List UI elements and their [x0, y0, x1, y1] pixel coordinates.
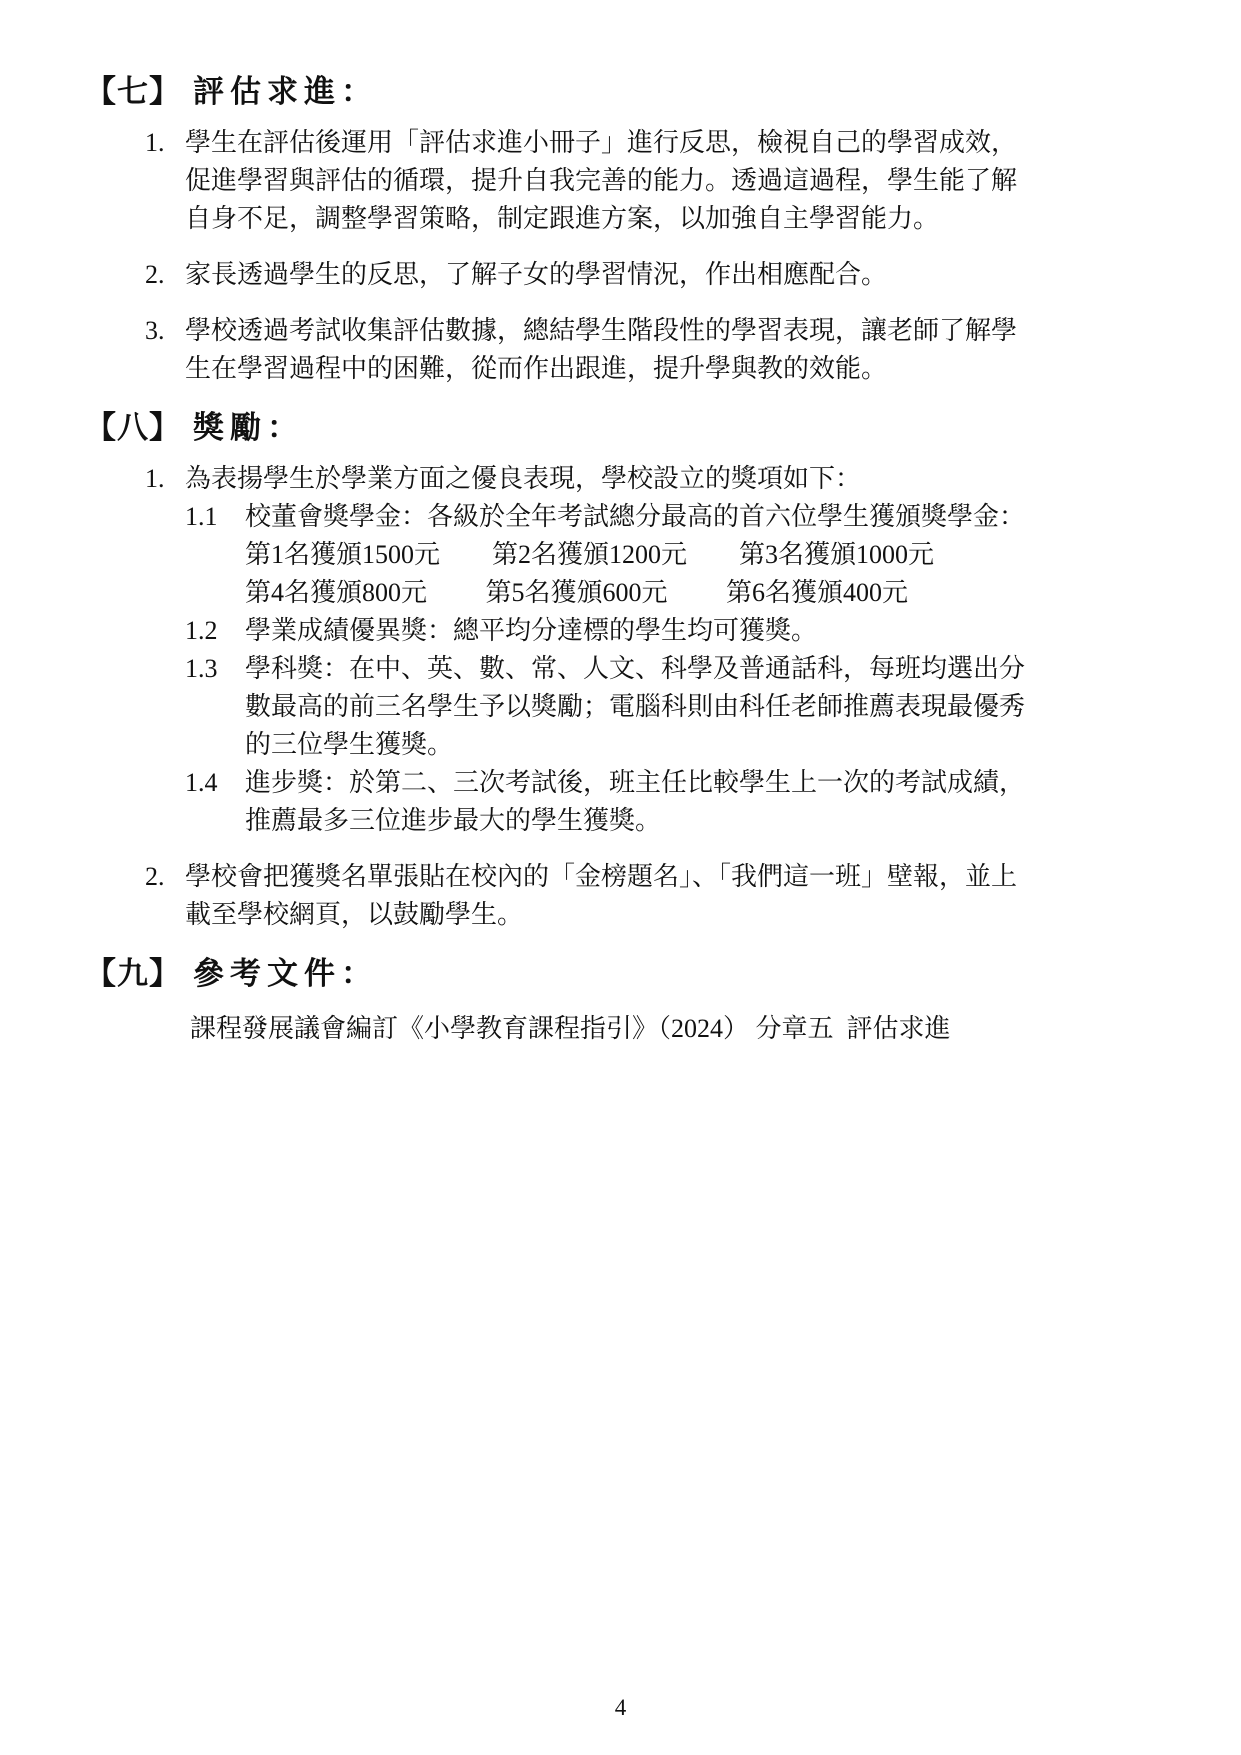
sublist: 1.1 校董會獎學金：各級於全年考試總分最高的首六位學生獲頒獎學金： 第1名獲頒…	[185, 498, 1025, 840]
item-line: 載至學校網頁，以鼓勵學生。	[185, 896, 1017, 934]
item-body: 學校會把獲獎名單張貼在校內的「金榜題名」、「我們這一班」壁報，並上 載至學校網頁…	[185, 858, 1017, 934]
item-number: 1.	[145, 124, 185, 238]
list-item: 3. 學校透過考試收集評估數據，總結學生階段性的學習表現，讓老師了解學 生在學習…	[145, 312, 1201, 388]
item-line: 為表揚學生於學業方面之優良表現，學校設立的獎項如下：	[185, 460, 1025, 498]
subitem-line: 的三位學生獲獎。	[245, 726, 1025, 764]
section-heading: 【八】 獎勵：	[85, 406, 1201, 450]
subitem-number: 1.4	[185, 764, 245, 840]
sublist-item: 1.3 學科獎：在中、英、數、常、人文、科學及普通話科，每班均選出分 數最高的前…	[185, 650, 1025, 764]
document-content: 【七】 評估求進： 1. 學生在評估後運用「評估求進小冊子」進行反思，檢視自己的…	[0, 0, 1241, 1048]
subitem-number: 1.3	[185, 650, 245, 764]
subitem-line: 第4名獲頒800元 第5名獲頒600元 第6名獲頒400元	[245, 574, 1025, 612]
subitem-line: 進步獎：於第二、三次考試後，班主任比較學生上一次的考試成績，	[245, 764, 1025, 802]
section-title: 評估求進：	[193, 70, 378, 114]
sublist-item: 1.2 學業成績優異獎：總平均分達標的學生均可獲獎。	[185, 612, 1025, 650]
ordered-list: 1. 學生在評估後運用「評估求進小冊子」進行反思，檢視自己的學習成效， 促進學習…	[145, 124, 1201, 388]
document-page: 【七】 評估求進： 1. 學生在評估後運用「評估求進小冊子」進行反思，檢視自己的…	[0, 0, 1241, 1755]
subitem-number: 1.1	[185, 498, 245, 612]
section-references: 【九】 參考文件： 課程發展議會編訂《小學教育課程指引》（2024） 分章五 評…	[85, 952, 1201, 1048]
section-heading: 【七】 評估求進：	[85, 70, 1201, 114]
item-body: 學校透過考試收集評估數據，總結學生階段性的學習表現，讓老師了解學 生在學習過程中…	[185, 312, 1017, 388]
section-title: 獎勵：	[193, 406, 304, 450]
item-line: 學生在評估後運用「評估求進小冊子」進行反思，檢視自己的學習成效，	[185, 124, 1017, 162]
subitem-body: 進步獎：於第二、三次考試後，班主任比較學生上一次的考試成績， 推薦最多三位進步最…	[245, 764, 1025, 840]
section-awards: 【八】 獎勵： 1. 為表揚學生於學業方面之優良表現，學校設立的獎項如下： 1.…	[85, 406, 1201, 934]
list-item: 1. 為表揚學生於學業方面之優良表現，學校設立的獎項如下： 1.1 校董會獎學金…	[145, 460, 1201, 840]
item-number: 2.	[145, 256, 185, 294]
item-line: 生在學習過程中的困難，從而作出跟進，提升學與教的效能。	[185, 350, 1017, 388]
section-marker: 【九】	[85, 952, 181, 996]
item-body: 家長透過學生的反思，了解子女的學習情況，作出相應配合。	[185, 256, 887, 294]
section-marker: 【八】	[85, 406, 181, 450]
subitem-line: 數最高的前三名學生予以獎勵；電腦科則由科任老師推薦表現最優秀	[245, 688, 1025, 726]
section-heading: 【九】 參考文件：	[85, 952, 1201, 996]
item-number: 1.	[145, 460, 185, 840]
ordered-list: 1. 為表揚學生於學業方面之優良表現，學校設立的獎項如下： 1.1 校董會獎學金…	[145, 460, 1201, 934]
section-assessment: 【七】 評估求進： 1. 學生在評估後運用「評估求進小冊子」進行反思，檢視自己的…	[85, 70, 1201, 388]
item-number: 2.	[145, 858, 185, 934]
subitem-line: 學科獎：在中、英、數、常、人文、科學及普通話科，每班均選出分	[245, 650, 1025, 688]
page-number: 4	[0, 1695, 1241, 1721]
section-title: 參考文件：	[193, 952, 378, 996]
item-line: 家長透過學生的反思，了解子女的學習情況，作出相應配合。	[185, 256, 887, 294]
item-number: 3.	[145, 312, 185, 388]
subitem-line: 第1名獲頒1500元 第2名獲頒1200元 第3名獲頒1000元	[245, 536, 1025, 574]
subitem-line: 推薦最多三位進步最大的學生獲獎。	[245, 802, 1025, 840]
item-line: 自身不足，調整學習策略，制定跟進方案，以加強自主學習能力。	[185, 200, 1017, 238]
subitem-line: 學業成績優異獎：總平均分達標的學生均可獲獎。	[245, 612, 817, 650]
subitem-body: 學業成績優異獎：總平均分達標的學生均可獲獎。	[245, 612, 817, 650]
subitem-body: 校董會獎學金：各級於全年考試總分最高的首六位學生獲頒獎學金： 第1名獲頒1500…	[245, 498, 1025, 612]
item-line: 促進學習與評估的循環，提升自我完善的能力。透過這過程，學生能了解	[185, 162, 1017, 200]
subitem-line: 校董會獎學金：各級於全年考試總分最高的首六位學生獲頒獎學金：	[245, 498, 1025, 536]
sublist-item: 1.1 校董會獎學金：各級於全年考試總分最高的首六位學生獲頒獎學金： 第1名獲頒…	[185, 498, 1025, 612]
section-marker: 【七】	[85, 70, 181, 114]
sublist-item: 1.4 進步獎：於第二、三次考試後，班主任比較學生上一次的考試成績， 推薦最多三…	[185, 764, 1025, 840]
item-body: 為表揚學生於學業方面之優良表現，學校設立的獎項如下： 1.1 校董會獎學金：各級…	[185, 460, 1025, 840]
item-line: 學校透過考試收集評估數據，總結學生階段性的學習表現，讓老師了解學	[185, 312, 1017, 350]
subitem-number: 1.2	[185, 612, 245, 650]
reference-text: 課程發展議會編訂《小學教育課程指引》（2024） 分章五 評估求進	[190, 1010, 1201, 1048]
subitem-body: 學科獎：在中、英、數、常、人文、科學及普通話科，每班均選出分 數最高的前三名學生…	[245, 650, 1025, 764]
list-item: 2. 家長透過學生的反思，了解子女的學習情況，作出相應配合。	[145, 256, 1201, 294]
item-line: 學校會把獲獎名單張貼在校內的「金榜題名」、「我們這一班」壁報，並上	[185, 858, 1017, 896]
list-item: 1. 學生在評估後運用「評估求進小冊子」進行反思，檢視自己的學習成效， 促進學習…	[145, 124, 1201, 238]
item-body: 學生在評估後運用「評估求進小冊子」進行反思，檢視自己的學習成效， 促進學習與評估…	[185, 124, 1017, 238]
list-item: 2. 學校會把獲獎名單張貼在校內的「金榜題名」、「我們這一班」壁報，並上 載至學…	[145, 858, 1201, 934]
